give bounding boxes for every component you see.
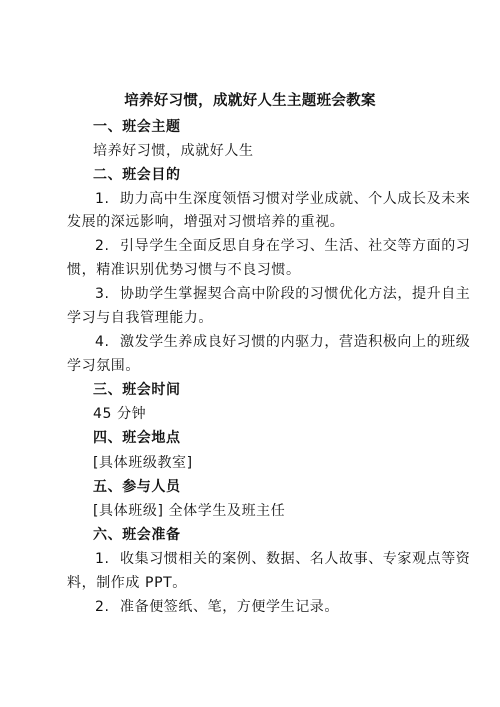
purpose-item-3-continuation: 学习与自我管理能力。: [67, 309, 213, 327]
purpose-item-1: 1.助力高中生深度领悟习惯对学业成就、个人成长及未来: [95, 190, 470, 208]
section-heading-time: 三、班会时间: [93, 381, 181, 399]
section-heading-purpose: 二、班会目的: [93, 166, 181, 184]
preparation-item-1-continuation: 料，制作成 PPT。: [67, 574, 187, 592]
section-heading-theme: 一、班会主题: [93, 118, 181, 136]
section-heading-participants: 五、参与人员: [93, 478, 181, 496]
item-number: 4.: [95, 333, 120, 351]
section-text-time: 45 分钟: [93, 405, 146, 423]
item-text: 激发学生养成良好习惯的内驱力，营造积极向上的班级: [120, 334, 470, 350]
section-text-theme: 培养好习惯，成就好人生: [93, 142, 254, 160]
document-page: 培养好习惯，成就好人生主题班会教案 一、班会主题 培养好习惯，成就好人生 二、班…: [0, 0, 500, 707]
document-title: 培养好习惯，成就好人生主题班会教案: [0, 92, 500, 110]
section-heading-preparation: 六、班会准备: [93, 526, 181, 544]
item-number: 1.: [95, 550, 120, 568]
item-number: 1.: [95, 190, 120, 208]
purpose-item-3: 3.协助学生掌握契合高中阶段的习惯优化方法，提升自主: [95, 285, 470, 303]
item-number: 2.: [95, 598, 120, 616]
item-text: 助力高中生深度领悟习惯对学业成就、个人成长及未来: [120, 191, 470, 207]
purpose-item-4-continuation: 学习氛围。: [67, 357, 140, 375]
item-text: 准备便签纸、笔，方便学生记录。: [120, 599, 339, 615]
item-number: 2.: [95, 237, 120, 255]
purpose-item-4: 4.激发学生养成良好习惯的内驱力，营造积极向上的班级: [95, 333, 470, 351]
purpose-item-2: 2.引导学生全面反思自身在学习、生活、社交等方面的习: [95, 237, 470, 255]
section-heading-location: 四、班会地点: [93, 429, 181, 447]
item-text: 协助学生掌握契合高中阶段的习惯优化方法，提升自主: [120, 286, 470, 302]
item-text: 收集习惯相关的案例、数据、名人故事、专家观点等资: [120, 551, 470, 567]
preparation-item-2: 2.准备便签纸、笔，方便学生记录。: [95, 598, 339, 616]
item-number: 3.: [95, 285, 120, 303]
purpose-item-2-continuation: 惯，精准识别优势习惯与不良习惯。: [67, 261, 301, 279]
item-text: 引导学生全面反思自身在学习、生活、社交等方面的习: [120, 238, 470, 254]
purpose-item-1-continuation: 发展的深远影响，增强对习惯培养的重视。: [67, 213, 344, 231]
preparation-item-1: 1.收集习惯相关的案例、数据、名人故事、专家观点等资: [95, 550, 470, 568]
section-text-location: [具体班级教室]: [93, 454, 193, 472]
section-text-participants: [具体班级] 全体学生及班主任: [93, 502, 285, 520]
